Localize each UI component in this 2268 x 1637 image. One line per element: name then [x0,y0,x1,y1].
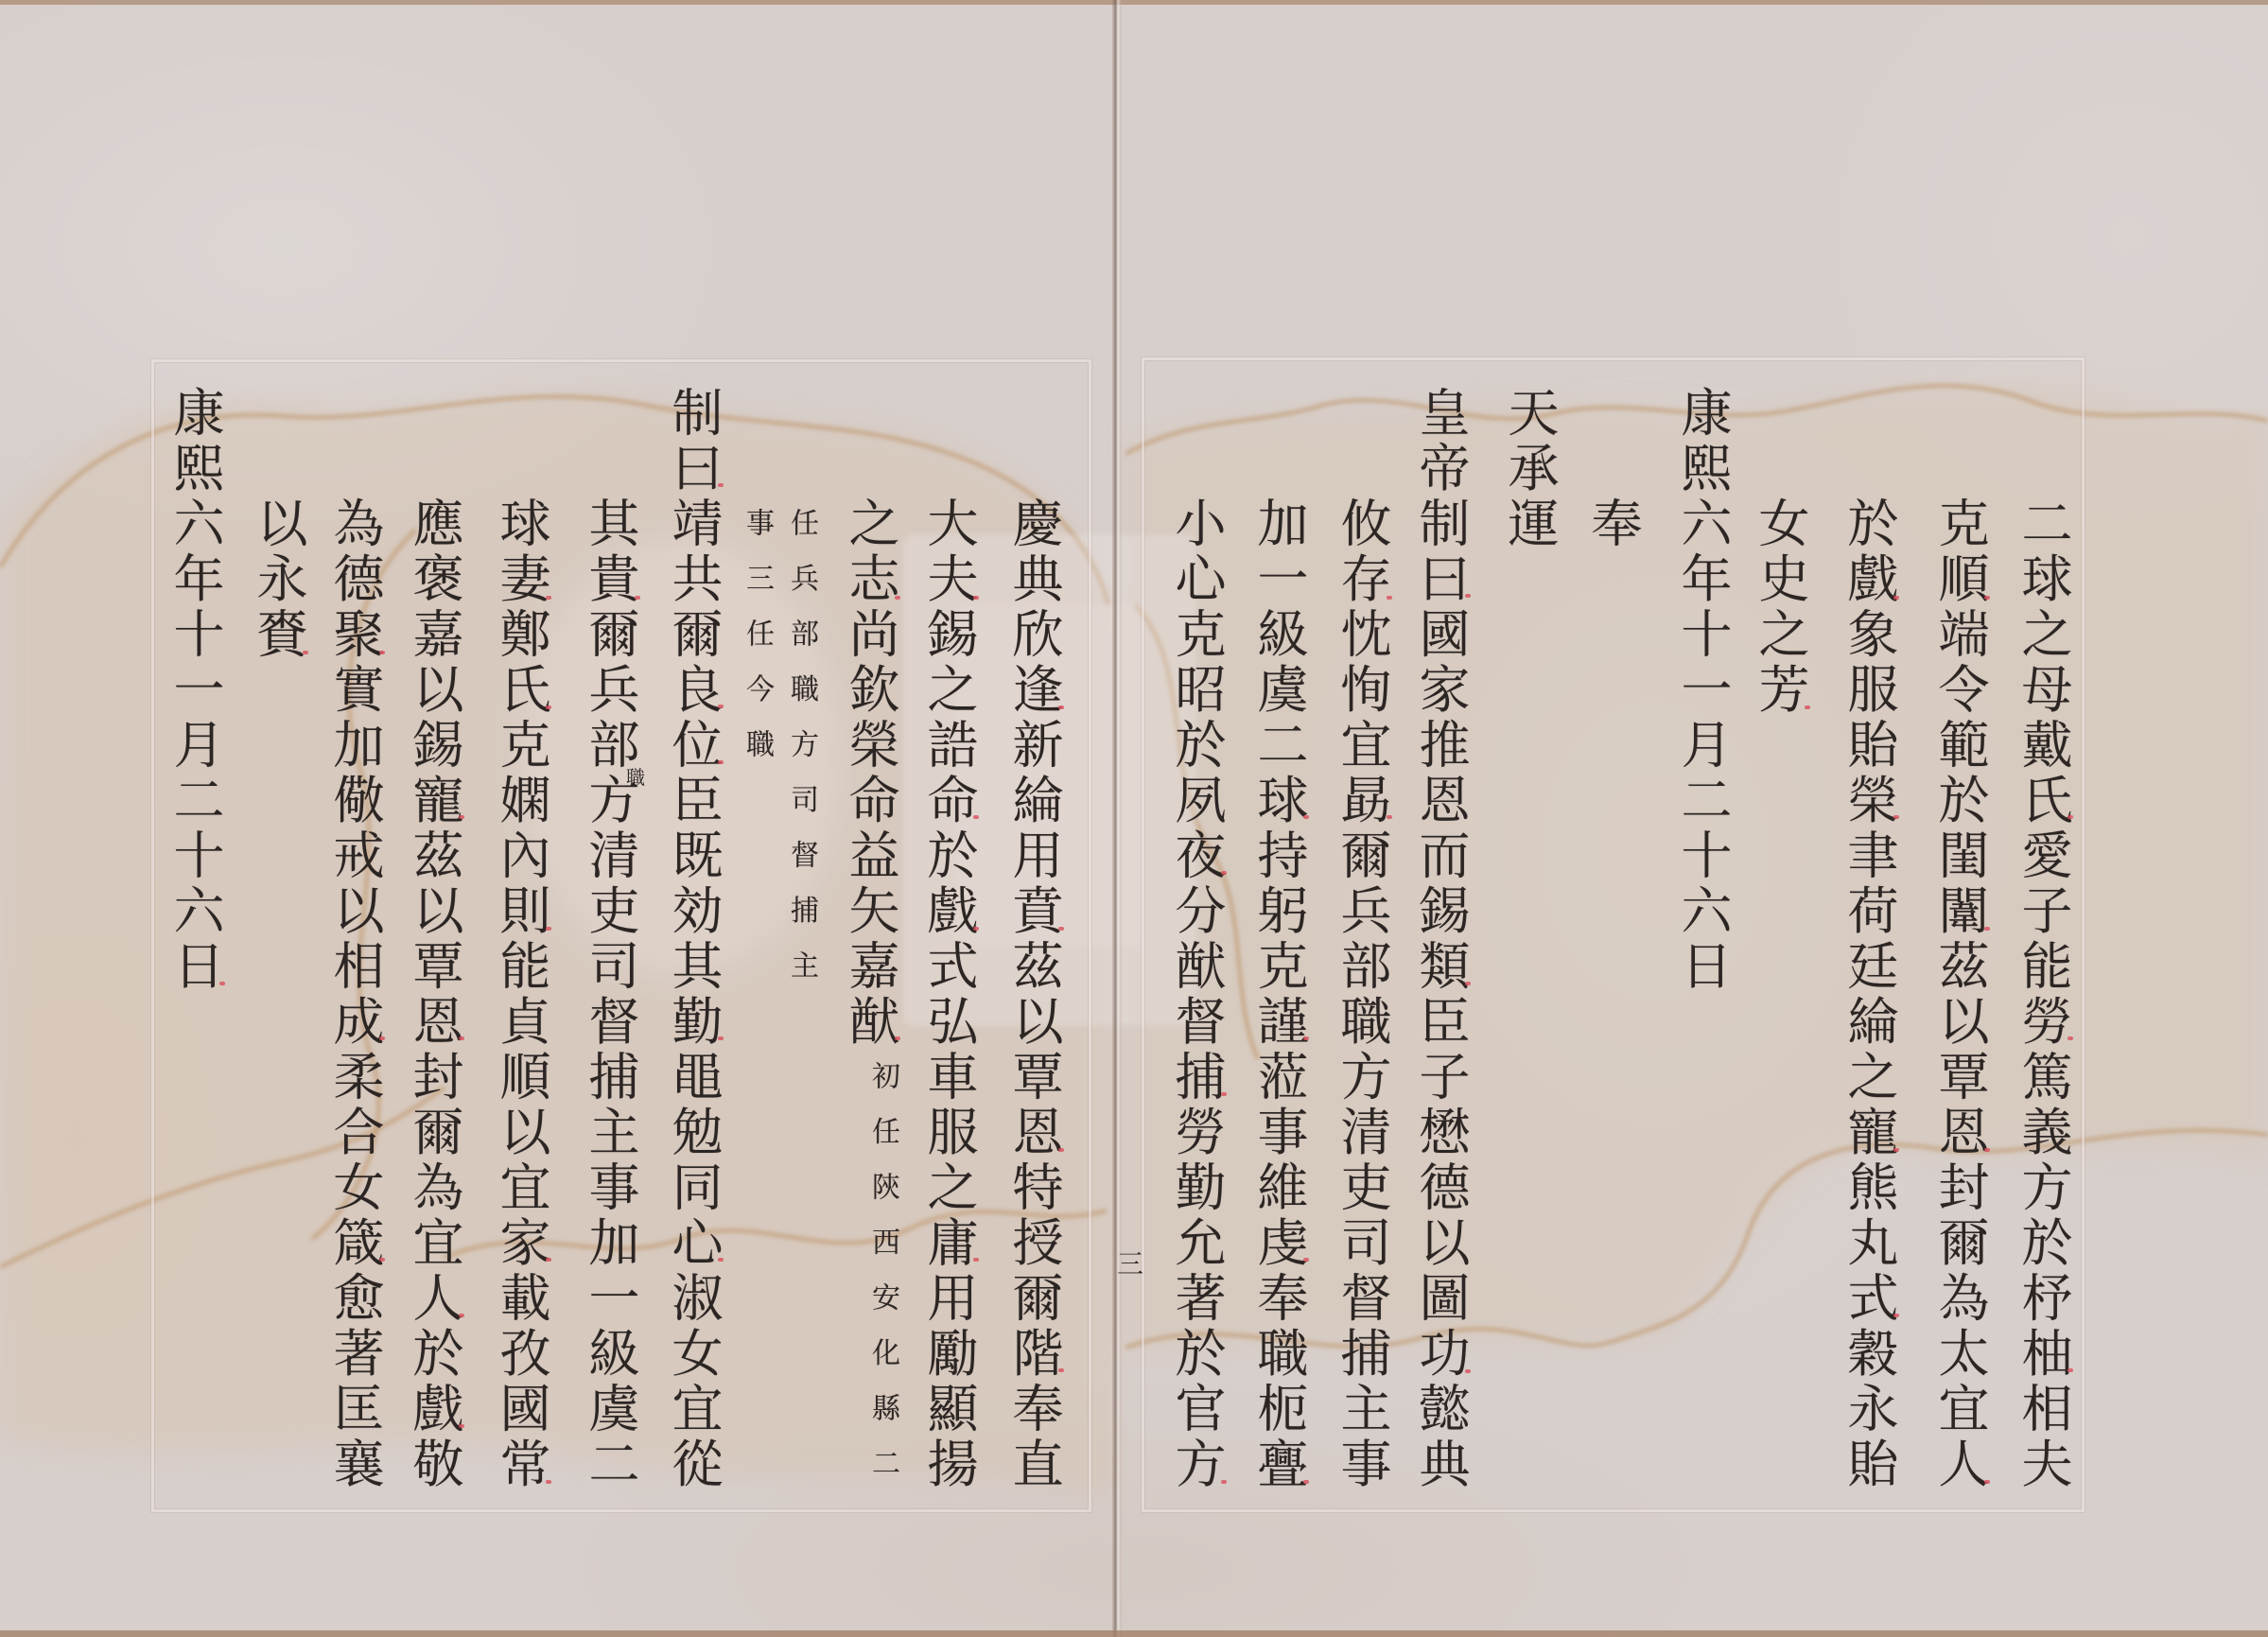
wife-edict-line-4: 應褒嘉以錫寵茲以覃恩封爾為宜人於戲敬 [409,496,460,1492]
red-punctuation-mark [718,705,724,708]
red-punctuation-mark [1303,1036,1309,1040]
red-punctuation-mark [1465,1369,1471,1373]
date-column: 康熙六年十一月二十六日 [1677,386,1728,995]
red-punctuation-mark [546,705,551,709]
red-punctuation-mark [973,1258,979,1262]
career-note-column-1: 初任陝西安化縣二 [868,1061,897,1504]
red-punctuation-mark [1387,815,1392,819]
red-punctuation-mark [546,1480,551,1484]
career-note-column-2: 任兵部職方司督捕主 [787,508,815,1006]
inserted-correction-char: 職 [626,768,645,787]
page-number: 三 [1117,1251,1143,1278]
wife-edict-line-6: 以永賚 [253,496,304,663]
career-note-column-3: 事三任今職 [742,508,771,785]
salutation-feng: 奉 [1587,496,1638,552]
right-page: 二球之母戴氏愛子能勞篤義方於杼柚相夫 克順端令範於閨闈茲以覃恩封爾為太宜人 於戲… [1118,0,2268,1637]
red-punctuation-mark [1465,594,1471,598]
salutation-tian-cheng-yun: 天承運 [1504,386,1555,552]
red-punctuation-mark [1221,871,1227,875]
red-punctuation-mark [1058,1368,1064,1372]
red-punctuation-mark [459,815,464,819]
wife-edict-line-2: 其貴爾兵部方清吏司督捕主事加一級虞二 [584,496,636,1492]
red-punctuation-mark [1984,1480,1990,1484]
red-punctuation-mark [635,596,640,600]
red-punctuation-mark [1058,927,1064,931]
red-punctuation-mark [1387,596,1392,600]
red-punctuation-mark [1893,1314,1899,1317]
father-edict-continued-line-2: 大夫錫之誥命於戲式弘車服之庸用勵顯揚 [923,496,974,1492]
red-punctuation-mark [718,1036,724,1040]
red-punctuation-mark [1221,1480,1227,1484]
wife-edict-line-1: 制曰靖共爾良位臣既効其勤黽勉同心淑女宜從 [668,386,719,1492]
red-punctuation-mark [1893,596,1899,600]
red-punctuation-mark [718,1258,724,1262]
red-punctuation-mark [546,596,551,600]
left-page: 慶典欣逢新綸用賁茲以覃恩特授爾階奉直 大夫錫之誥命於戲式弘車服之庸用勵顯揚 之志… [0,0,1112,1637]
red-punctuation-mark [546,1258,551,1262]
red-punctuation-mark [459,1424,464,1428]
red-punctuation-mark [2067,815,2073,819]
mother-edict-line-2: 克順端令範於閨闈茲以覃恩封爾為太宜人 [1934,496,1985,1492]
red-punctuation-mark [1984,1148,1990,1152]
red-punctuation-mark [2067,1368,2073,1372]
red-punctuation-mark [1303,1480,1309,1484]
red-punctuation-mark [1058,1148,1064,1152]
wife-edict-line-5: 為德聚實加儆戒以相成柔合女箴愈著匡襄 [329,496,380,1492]
red-punctuation-mark [718,483,724,487]
red-punctuation-mark [1893,815,1899,819]
red-punctuation-mark [303,651,308,654]
red-punctuation-mark [1465,982,1471,985]
red-punctuation-mark [2067,1036,2073,1040]
red-punctuation-mark [718,760,724,764]
red-punctuation-mark [895,596,900,600]
mother-edict-line-4: 女史之芳 [1754,496,1806,718]
red-punctuation-mark [1984,596,1990,600]
red-punctuation-mark [459,1036,464,1040]
red-punctuation-mark [973,596,979,600]
red-punctuation-mark [379,1258,385,1262]
red-punctuation-mark [1303,1258,1309,1262]
red-punctuation-mark [1805,705,1810,709]
red-punctuation-mark [1893,1148,1899,1152]
father-edict-continued-line-3: 之志尚欽榮命益矢嘉猷 [845,496,896,1050]
red-punctuation-mark [546,927,551,931]
father-edict-line-1: 皇帝制曰國家推恩而錫類臣子懋德以圖功懿典 [1415,386,1466,1492]
paper-bottom-edge [0,1630,2268,1637]
red-punctuation-mark [1303,815,1309,819]
red-punctuation-mark [1058,705,1064,709]
red-punctuation-mark [1984,927,1990,931]
red-punctuation-mark [459,1314,464,1317]
red-punctuation-mark [219,982,225,985]
red-punctuation-mark [379,651,385,654]
red-punctuation-mark [895,1036,900,1040]
red-punctuation-mark [379,1036,385,1040]
father-edict-line-4: 小心克昭於夙夜分猷督捕勞勤允著於官方 [1171,496,1222,1492]
red-punctuation-mark [1221,1092,1227,1096]
father-edict-line-3: 加一級虞二球持躬克謹蒞事維虔奉職枙亹 [1253,496,1304,1492]
mother-edict-line-3: 於戲象服貽榮聿荷廷綸之寵熊丸式穀永貽 [1843,496,1894,1492]
red-punctuation-mark [973,815,979,819]
father-edict-line-2: 攸存忱恂宜勗爾兵部職方清吏司督捕主事 [1336,496,1387,1492]
date-column: 康熙六年十一月二十六日 [169,386,220,995]
father-edict-continued-line-1: 慶典欣逢新綸用賁茲以覃恩特授爾階奉直 [1008,496,1059,1492]
red-punctuation-mark [973,927,979,931]
mother-edict-line-1: 二球之母戴氏愛子能勞篤義方於杼柚相夫 [2017,496,2068,1492]
wife-edict-line-3: 球妻鄭氏克嫻內則能貞順以宜家載孜國常 [496,496,547,1492]
